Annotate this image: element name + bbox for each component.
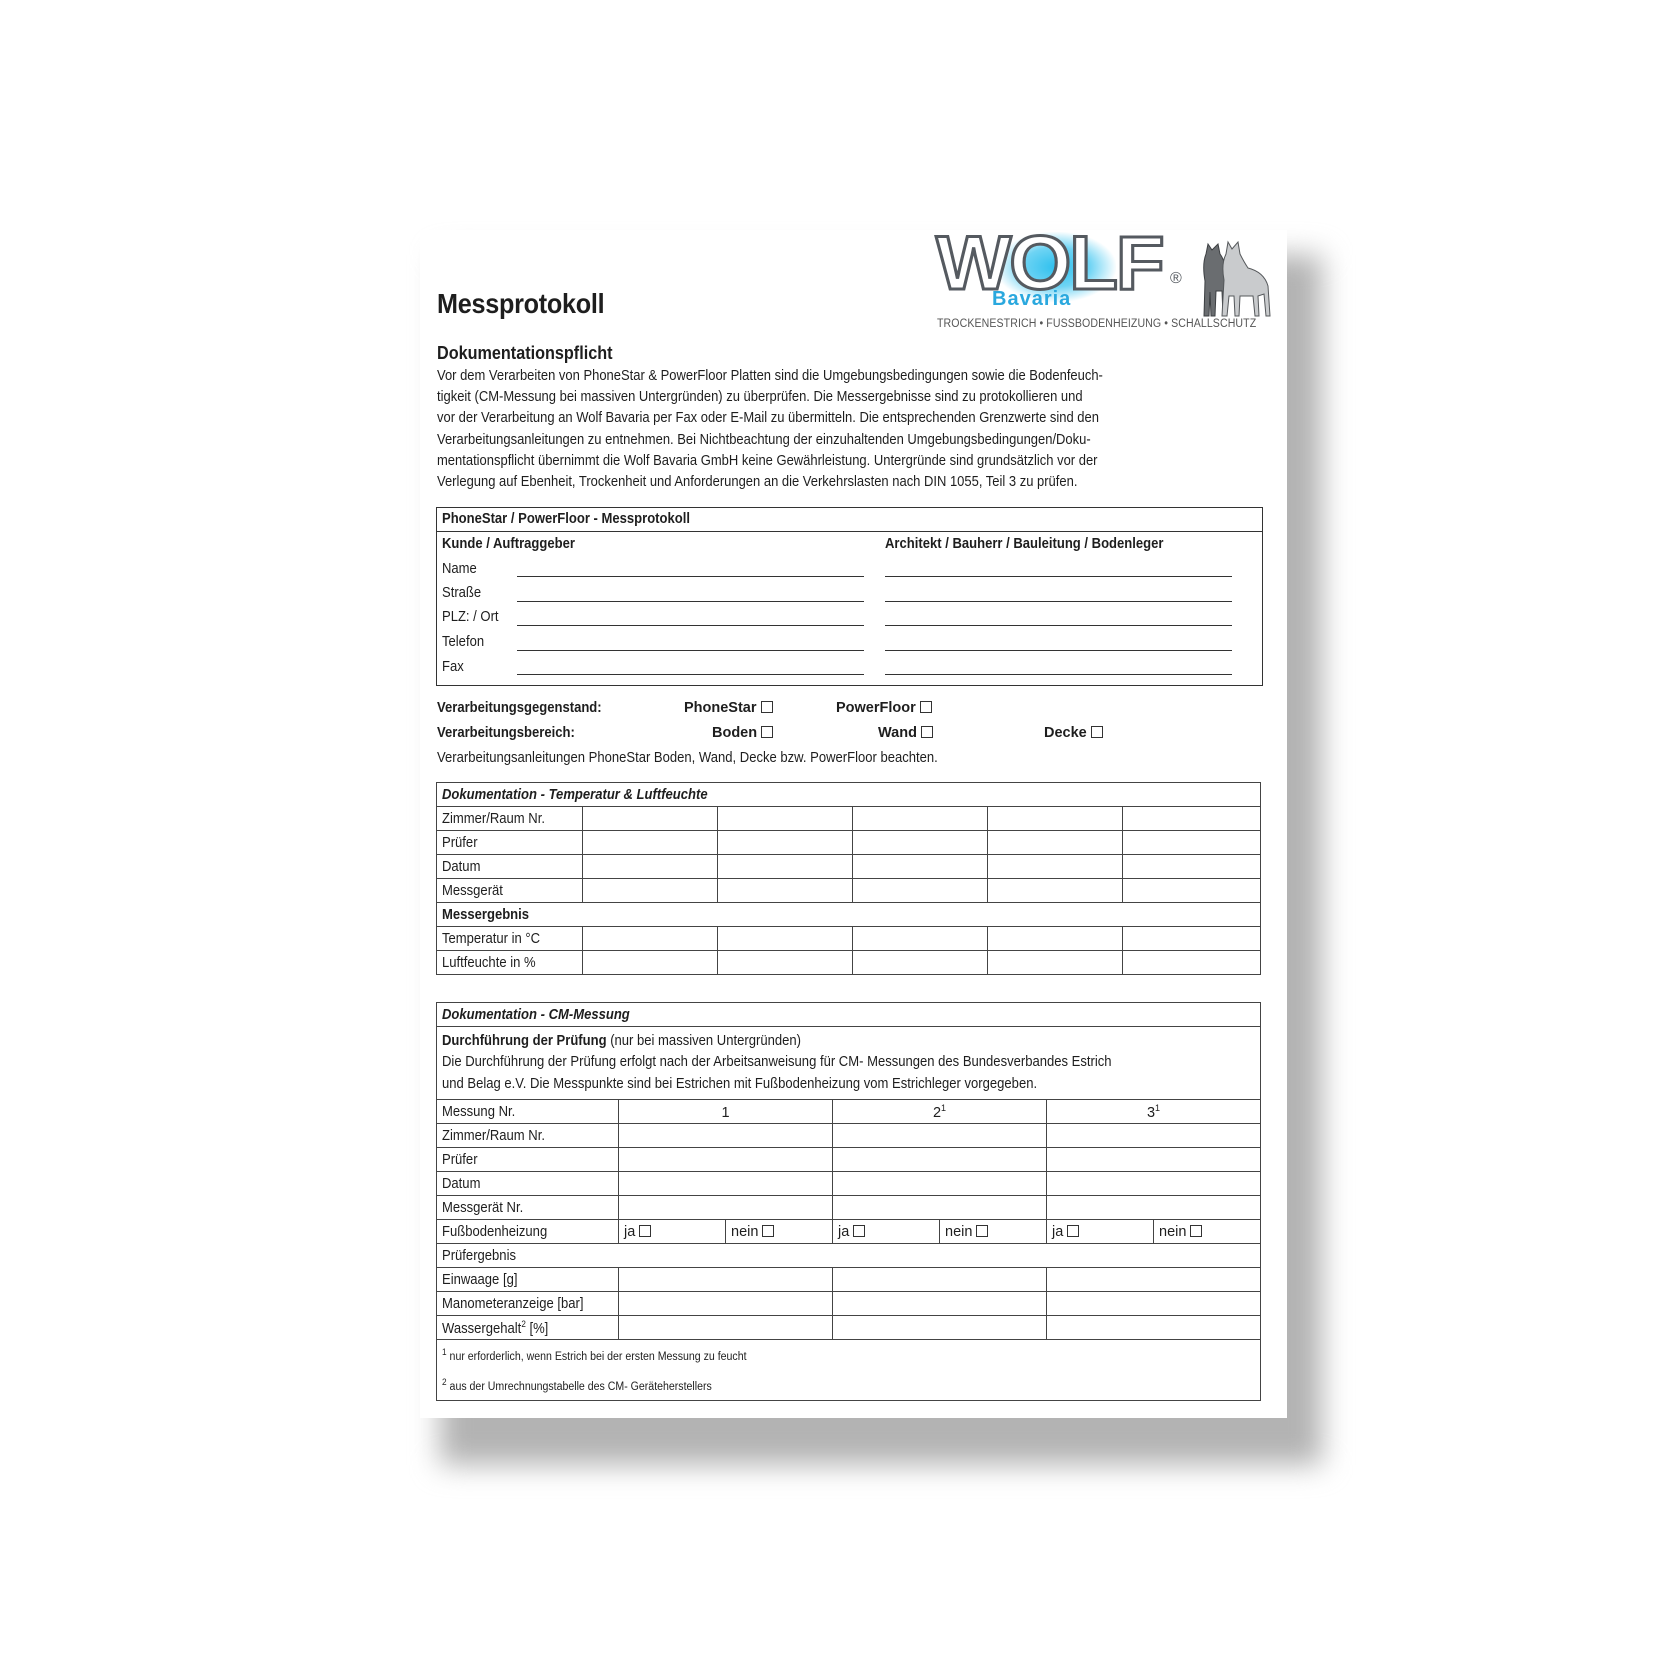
intro-line: mentationspflicht übernimmt die Wolf Bav… xyxy=(437,451,1189,472)
customer-phone-field[interactable] xyxy=(517,650,864,651)
measure-3-header: 31 xyxy=(1047,1100,1261,1124)
field-label-text: Name xyxy=(442,557,477,581)
checkbox-square-icon[interactable] xyxy=(761,701,773,713)
table-row: Messgerät Nr. xyxy=(437,1196,1261,1220)
checkbox-label: Decke xyxy=(1044,725,1087,741)
contact-box: PhoneStar / PowerFloor - Messprotokoll K… xyxy=(436,507,1263,686)
row-label-text: Datum xyxy=(442,1176,480,1192)
result-heading-text: Prüfergebnis xyxy=(442,1248,516,1264)
wolf-bavaria-logo: WOLF ® Bavaria xyxy=(936,224,1276,324)
input-cell[interactable] xyxy=(619,1172,833,1196)
row-label-text: Messung Nr. xyxy=(442,1104,515,1120)
row-label-text: Einwaage [g] xyxy=(442,1272,517,1288)
result-heading: Messergebnis xyxy=(437,903,1261,927)
contact-box-title: PhoneStar / PowerFloor - Messprotokoll xyxy=(442,508,690,531)
checkbox-square-icon[interactable] xyxy=(853,1225,865,1237)
checkbox-boden[interactable]: Boden xyxy=(712,725,773,741)
checkbox-powerfloor[interactable]: PowerFloor xyxy=(836,700,932,716)
checkbox-square-icon[interactable] xyxy=(1067,1225,1079,1237)
table-title-text: Dokumentation - Temperatur & Luftfeuchte xyxy=(442,787,708,803)
heating-no-3[interactable]: nein xyxy=(1154,1220,1261,1244)
measure-number: 1 xyxy=(721,1104,729,1120)
document-title: Messprotokoll xyxy=(437,288,604,320)
checkbox-label: PowerFloor xyxy=(836,700,916,716)
input-cell[interactable] xyxy=(853,855,988,879)
input-cell[interactable] xyxy=(583,951,718,975)
input-cell[interactable] xyxy=(619,1292,833,1316)
row-label-text: Temperatur in °C xyxy=(442,931,540,947)
field-label-text: Telefon xyxy=(442,630,484,654)
input-cell[interactable] xyxy=(1047,1148,1261,1172)
table-title: Dokumentation - Temperatur & Luftfeuchte xyxy=(437,783,1261,807)
input-cell[interactable] xyxy=(718,807,853,831)
input-cell[interactable] xyxy=(988,879,1123,903)
input-cell[interactable] xyxy=(853,951,988,975)
heating-no-1[interactable]: nein xyxy=(726,1220,833,1244)
row-label: Wassergehalt2 [%] xyxy=(437,1316,619,1340)
result-heading-row: Prüfergebnis xyxy=(437,1244,1261,1268)
bereich-label-text: Verarbeitungsbereich: xyxy=(437,725,575,741)
heating-no-2[interactable]: nein xyxy=(940,1220,1047,1244)
row-label: Prüfer xyxy=(437,831,583,855)
input-cell[interactable] xyxy=(853,879,988,903)
row-label: Fußbodenheizung xyxy=(437,1220,619,1244)
input-cell[interactable] xyxy=(718,927,853,951)
intro-line: Vor dem Verarbeiten von PhoneStar & Powe… xyxy=(437,366,1189,387)
customer-fax-field[interactable] xyxy=(517,674,864,675)
footnotes-cell: 1 nur erforderlich, wenn Estrich bei der… xyxy=(437,1340,1261,1401)
registered-mark: ® xyxy=(1170,270,1182,288)
measure-2-header: 21 xyxy=(833,1100,1047,1124)
input-cell[interactable] xyxy=(619,1316,833,1340)
measure-number: 3 xyxy=(1147,1104,1155,1120)
no-label: nein xyxy=(1159,1224,1186,1240)
measure-1-header: 1 xyxy=(619,1100,833,1124)
field-label-text: Fax xyxy=(442,655,464,679)
input-cell[interactable] xyxy=(619,1196,833,1220)
input-cell[interactable] xyxy=(619,1148,833,1172)
input-cell[interactable] xyxy=(853,807,988,831)
row-label: Manometeranzeige [bar] xyxy=(437,1292,619,1316)
intro-paragraph: Vor dem Verarbeiten von PhoneStar & Powe… xyxy=(437,366,1189,493)
checkbox-label: PhoneStar xyxy=(684,700,757,716)
checkbox-label: Boden xyxy=(712,725,757,741)
checkbox-decke[interactable]: Decke xyxy=(1044,725,1103,741)
row-label-text: Datum xyxy=(442,859,480,875)
input-cell[interactable] xyxy=(833,1196,1047,1220)
yes-label: ja xyxy=(838,1224,849,1240)
row-label: Einwaage [g] xyxy=(437,1268,619,1292)
field-label-text: Straße xyxy=(442,581,481,605)
input-cell[interactable] xyxy=(833,1148,1047,1172)
row-label: Datum xyxy=(437,1172,619,1196)
input-cell[interactable] xyxy=(583,879,718,903)
bereich-label: Verarbeitungsbereich: xyxy=(437,725,590,741)
input-cell[interactable] xyxy=(833,1292,1047,1316)
row-label-text: Prüfer xyxy=(442,835,478,851)
checkbox-square-icon[interactable] xyxy=(976,1225,988,1237)
row-label-text: Messgerät Nr. xyxy=(442,1200,523,1216)
footnote-mark: 1 xyxy=(941,1103,946,1113)
result-heading-row: Messergebnis xyxy=(437,903,1261,927)
field-label-street: Straße xyxy=(442,581,486,605)
row-label-text: Fußbodenheizung xyxy=(442,1224,547,1240)
input-cell[interactable] xyxy=(853,927,988,951)
input-cell[interactable] xyxy=(1123,951,1261,975)
row-label-text: Messgerät xyxy=(442,883,503,899)
architect-heading: Architekt / Bauherr / Bauleitung / Boden… xyxy=(885,532,1194,556)
section-heading: Dokumentationspflicht xyxy=(437,343,613,364)
row-label-text: Luftfeuchte in % xyxy=(442,955,536,971)
table-row: Prüfer xyxy=(437,831,1261,855)
architect-street-field[interactable] xyxy=(885,601,1232,602)
table-row: Wassergehalt2 [%] xyxy=(437,1316,1261,1340)
procedure-heading: Durchführung der Prüfung xyxy=(442,1033,607,1049)
intro-line: vor der Verarbeitung an Wolf Bavaria per… xyxy=(437,408,1189,429)
gegenstand-label: Verarbeitungsgegenstand: xyxy=(437,700,620,716)
input-cell[interactable] xyxy=(1123,879,1261,903)
checkbox-wand[interactable]: Wand xyxy=(878,725,933,741)
field-label-text: PLZ: / Ort xyxy=(442,605,499,629)
footnote: 2 aus der Umrechnungstabelle des CM- Ger… xyxy=(442,1370,1190,1400)
field-label-phone: Telefon xyxy=(442,630,489,654)
row-label-text: Manometeranzeige [bar] xyxy=(442,1296,583,1312)
footnote-text: nur erforderlich, wenn Estrich bei der e… xyxy=(447,1351,747,1363)
table-row: Datum xyxy=(437,855,1261,879)
procedure-line: Die Durchführung der Prüfung erfolgt nac… xyxy=(442,1054,1112,1070)
checkbox-square-icon[interactable] xyxy=(1190,1225,1202,1237)
input-cell[interactable] xyxy=(1123,855,1261,879)
architect-heading-text: Architekt / Bauherr / Bauleitung / Boden… xyxy=(885,532,1163,556)
row-label-text: Zimmer/Raum Nr. xyxy=(442,811,545,827)
input-cell[interactable] xyxy=(833,1268,1047,1292)
footnotes-row: 1 nur erforderlich, wenn Estrich bei der… xyxy=(437,1340,1261,1401)
yes-label: ja xyxy=(1052,1224,1063,1240)
footnote-text: aus der Umrechnungstabelle des CM- Gerät… xyxy=(447,1381,712,1393)
footnote-mark: 1 xyxy=(1155,1103,1160,1113)
input-cell[interactable] xyxy=(833,1124,1047,1148)
table-row: Prüfer xyxy=(437,1148,1261,1172)
input-cell[interactable] xyxy=(1123,831,1261,855)
input-cell[interactable] xyxy=(988,831,1123,855)
water-label: Wassergehalt xyxy=(442,1320,521,1336)
input-cell[interactable] xyxy=(853,831,988,855)
input-cell[interactable] xyxy=(1047,1124,1261,1148)
input-cell[interactable] xyxy=(988,927,1123,951)
row-label: Luftfeuchte in % xyxy=(437,951,583,975)
customer-heading: Kunde / Auftraggeber xyxy=(442,532,590,556)
table-row: Datum xyxy=(437,1172,1261,1196)
input-cell[interactable] xyxy=(1123,927,1261,951)
row-label-text: Prüfer xyxy=(442,1152,478,1168)
input-cell[interactable] xyxy=(833,1172,1047,1196)
floor-heating-row: Fußbodenheizung ja nein ja nein ja nein xyxy=(437,1220,1261,1244)
result-heading: Prüfergebnis xyxy=(437,1244,1261,1268)
checkbox-square-icon[interactable] xyxy=(921,726,933,738)
checkbox-square-icon[interactable] xyxy=(762,1225,774,1237)
procedure-note: (nur bei massiven Untergründen) xyxy=(610,1033,801,1049)
input-cell[interactable] xyxy=(988,951,1123,975)
input-cell[interactable] xyxy=(1047,1268,1261,1292)
table-title-text: Dokumentation - CM-Messung xyxy=(442,1007,630,1023)
input-cell[interactable] xyxy=(988,855,1123,879)
procedure-line: und Belag e.V. Die Messpunkte sind bei E… xyxy=(442,1076,1037,1092)
row-label: Prüfer xyxy=(437,1148,619,1172)
table-title-row: Dokumentation - CM-Messung xyxy=(437,1003,1261,1027)
table-row: Luftfeuchte in % xyxy=(437,951,1261,975)
heating-yes-1[interactable]: ja xyxy=(619,1220,726,1244)
intro-line: Verarbeitungsanleitungen zu entnehmen. B… xyxy=(437,430,1189,451)
table-row: Manometeranzeige [bar] xyxy=(437,1292,1261,1316)
input-cell[interactable] xyxy=(1047,1196,1261,1220)
input-cell[interactable] xyxy=(583,855,718,879)
input-cell[interactable] xyxy=(718,879,853,903)
row-label: Zimmer/Raum Nr. xyxy=(437,1124,619,1148)
row-label: Messgerät Nr. xyxy=(437,1196,619,1220)
field-label-name: Name xyxy=(442,557,481,581)
input-cell[interactable] xyxy=(1047,1292,1261,1316)
input-cell[interactable] xyxy=(583,807,718,831)
checkbox-phonestar[interactable]: PhoneStar xyxy=(684,700,773,716)
input-cell[interactable] xyxy=(583,831,718,855)
footnote: 1 nur erforderlich, wenn Estrich bei der… xyxy=(442,1340,1190,1370)
cm-measurement-table: Dokumentation - CM-Messung Durchführung … xyxy=(436,1002,1261,1401)
two-wolves-icon xyxy=(1196,236,1276,318)
architect-phone-field[interactable] xyxy=(885,650,1232,651)
no-label: nein xyxy=(731,1224,758,1240)
row-label: Messung Nr. xyxy=(437,1100,619,1124)
input-cell[interactable] xyxy=(718,951,853,975)
temperature-humidity-table: Dokumentation - Temperatur & Luftfeuchte… xyxy=(436,782,1261,975)
logo-tagline: TROCKENESTRICH • FUSSBODENHEIZUNG • SCHA… xyxy=(937,318,1256,330)
customer-zip-city-field[interactable] xyxy=(517,625,864,626)
water-unit: [%] xyxy=(526,1320,548,1336)
heating-yes-2[interactable]: ja xyxy=(833,1220,940,1244)
input-cell[interactable] xyxy=(1047,1316,1261,1340)
input-cell[interactable] xyxy=(988,807,1123,831)
table-title-row: Dokumentation - Temperatur & Luftfeuchte xyxy=(437,783,1261,807)
checkbox-label: Wand xyxy=(878,725,917,741)
input-cell[interactable] xyxy=(833,1316,1047,1340)
measure-number-row: Messung Nr. 1 21 31 xyxy=(437,1100,1261,1124)
checkbox-square-icon[interactable] xyxy=(1091,726,1103,738)
logo-subtitle: Bavaria xyxy=(992,288,1071,311)
input-cell[interactable] xyxy=(718,831,853,855)
checkbox-square-icon[interactable] xyxy=(920,701,932,713)
row-label: Temperatur in °C xyxy=(437,927,583,951)
measure-number: 2 xyxy=(933,1104,941,1120)
row-label: Datum xyxy=(437,855,583,879)
row-label-text: Wassergehalt2 [%] xyxy=(442,1319,548,1337)
architect-name-field[interactable] xyxy=(885,576,1232,577)
input-cell[interactable] xyxy=(1047,1172,1261,1196)
gegenstand-label-text: Verarbeitungsgegenstand: xyxy=(437,700,602,716)
table-row: Temperatur in °C xyxy=(437,927,1261,951)
table-row: Zimmer/Raum Nr. xyxy=(437,807,1261,831)
table-row: Zimmer/Raum Nr. xyxy=(437,1124,1261,1148)
procedure-text: Durchführung der Prüfung (nur bei massiv… xyxy=(442,1031,1174,1096)
row-label: Messgerät xyxy=(437,879,583,903)
input-cell[interactable] xyxy=(718,855,853,879)
intro-line: tigkeit (CM-Messung bei massiven Untergr… xyxy=(437,387,1189,408)
yes-label: ja xyxy=(624,1224,635,1240)
procedure-row: Durchführung der Prüfung (nur bei massiv… xyxy=(437,1027,1261,1100)
checkbox-square-icon[interactable] xyxy=(761,726,773,738)
contact-box-header: PhoneStar / PowerFloor - Messprotokoll xyxy=(437,508,1262,532)
checkbox-square-icon[interactable] xyxy=(639,1225,651,1237)
customer-heading-text: Kunde / Auftraggeber xyxy=(442,532,575,556)
table-row: Einwaage [g] xyxy=(437,1268,1261,1292)
field-label-zip-city: PLZ: / Ort xyxy=(442,605,505,629)
customer-name-field[interactable] xyxy=(517,576,864,577)
intro-line: Verlegung auf Ebenheit, Trockenheit und … xyxy=(437,472,1189,493)
instructions-note: Verarbeitungsanleitungen PhoneStar Boden… xyxy=(437,750,938,766)
input-cell[interactable] xyxy=(619,1124,833,1148)
input-cell[interactable] xyxy=(1123,807,1261,831)
table-title: Dokumentation - CM-Messung xyxy=(437,1003,1261,1027)
row-label-text: Zimmer/Raum Nr. xyxy=(442,1128,545,1144)
procedure-cell: Durchführung der Prüfung (nur bei massiv… xyxy=(437,1027,1261,1100)
result-heading-text: Messergebnis xyxy=(442,907,529,923)
input-cell[interactable] xyxy=(583,927,718,951)
architect-fax-field[interactable] xyxy=(885,674,1232,675)
table-row: Messgerät xyxy=(437,879,1261,903)
customer-street-field[interactable] xyxy=(517,601,864,602)
document-page: Messprotokoll WOLF ® Bavaria TROCKENESTR… xyxy=(420,230,1287,1418)
input-cell[interactable] xyxy=(619,1268,833,1292)
row-label: Zimmer/Raum Nr. xyxy=(437,807,583,831)
architect-zip-city-field[interactable] xyxy=(885,625,1232,626)
heating-yes-3[interactable]: ja xyxy=(1047,1220,1154,1244)
field-label-fax: Fax xyxy=(442,655,466,679)
no-label: nein xyxy=(945,1224,972,1240)
